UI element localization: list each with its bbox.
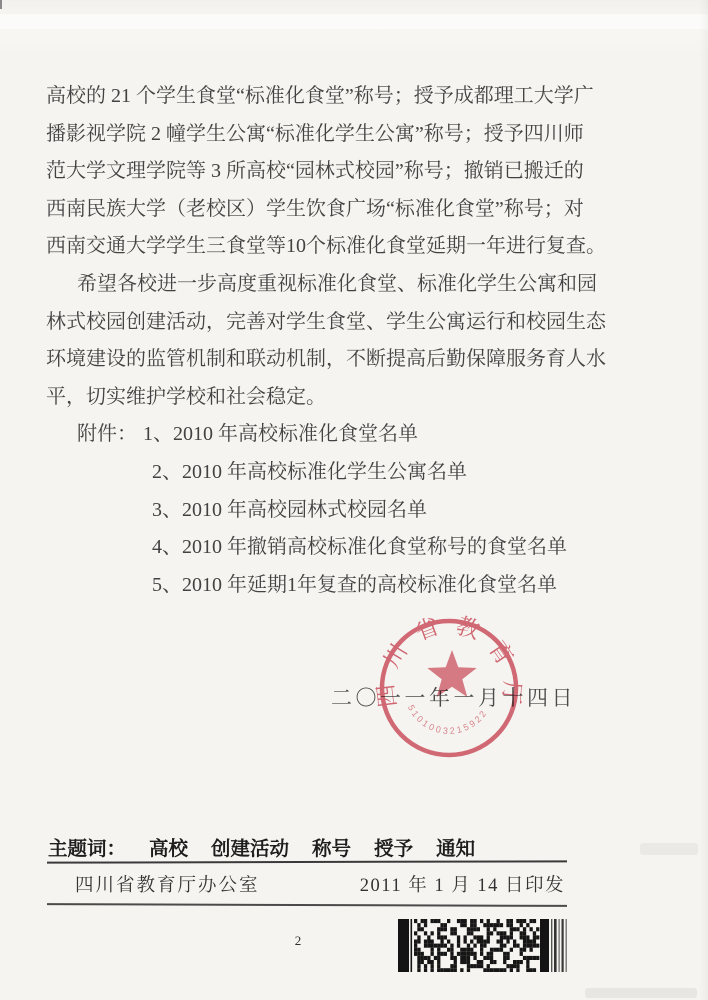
body-line: 高校的 21 个学生食堂“标准化食堂”称号；授予成都理工大学广 xyxy=(46,78,580,116)
attachments-label: 附件： xyxy=(77,423,137,445)
issuing-office: 四川省教育厅办公室 xyxy=(47,871,260,897)
subject-term: 创建活动 xyxy=(211,833,289,861)
attachment-item: 4、2010 年撤销高校标准化食堂称号的食堂名单 xyxy=(46,529,580,567)
body-line: 环境建设的监管机制和联动机制，不断提高后勤保障服务育人水 xyxy=(46,341,580,379)
attachment-item: 2、2010 年高校标准化学生公寓名单 xyxy=(46,454,580,492)
subject-term: 高校 xyxy=(149,833,188,861)
subject-label: 主题词： xyxy=(48,833,126,861)
barcode xyxy=(398,919,568,972)
attachment-item: 5、2010 年延期1年复查的高校标准化食堂名单 xyxy=(46,567,580,605)
svg-text:5101003215922: 5101003215922 xyxy=(406,703,488,736)
subject-keywords-row: 主题词： 高校 创建活动 称号 授予 通知 xyxy=(48,833,568,861)
subject-term: 称号 xyxy=(312,833,351,861)
body-line: 播影视学院 2 幢学生公寓“标准化学生公寓”称号；授予四川师 xyxy=(46,116,580,154)
footer-divider xyxy=(47,860,567,863)
print-date: 2011 年 1 月 14 日印发 xyxy=(360,871,567,897)
scan-artifact-speck xyxy=(0,0,2,9)
subject-term: 授予 xyxy=(374,833,413,861)
star-icon xyxy=(427,650,476,697)
scan-bleedthrough-smudge xyxy=(585,988,697,998)
body-line: 范大学文理学院等 3 所高校“园林式校园”称号；撤销已搬迁的 xyxy=(46,153,580,191)
official-seal: 四川省教育厅 5101003215922 xyxy=(368,608,530,770)
issuer-row: 四川省教育厅办公室 2011 年 1 月 14 日印发 xyxy=(47,869,567,899)
body-line: 西南民族大学（老校区）学生饮食广场“标准化食堂”称号；对 xyxy=(46,191,580,229)
page-number: 2 xyxy=(288,933,308,949)
body-line: 希望各校进一步高度重视标准化食堂、标准化学生公寓和园 xyxy=(46,266,580,304)
body-line: 林式校园创建活动，完善对学生食堂、学生公寓运行和校园生态 xyxy=(46,304,580,342)
subject-term: 通知 xyxy=(436,833,475,861)
scan-artifact-band xyxy=(0,14,708,29)
attachment-item: 3、2010 年高校园林式校园名单 xyxy=(46,492,580,530)
body-line: 平，切实维护学校和社会稳定。 xyxy=(46,379,580,417)
attachments-line: 附件：1、2010 年高校标准化食堂名单 xyxy=(46,416,580,454)
scan-edge-shadow xyxy=(699,0,708,1000)
footer-divider xyxy=(47,903,567,907)
document-page: 高校的 21 个学生食堂“标准化食堂”称号；授予成都理工大学广 播影视学院 2 … xyxy=(0,0,708,1000)
body-line: 西南交通大学学生三食堂等10个标准化食堂延期一年进行复查。 xyxy=(46,228,580,266)
document-body: 高校的 21 个学生食堂“标准化食堂”称号；授予成都理工大学广 播影视学院 2 … xyxy=(46,78,580,604)
scan-bleedthrough-smudge xyxy=(640,843,698,855)
seal-serial-number: 5101003215922 xyxy=(406,703,488,736)
attachment-item: 1、2010 年高校标准化食堂名单 xyxy=(143,423,418,445)
